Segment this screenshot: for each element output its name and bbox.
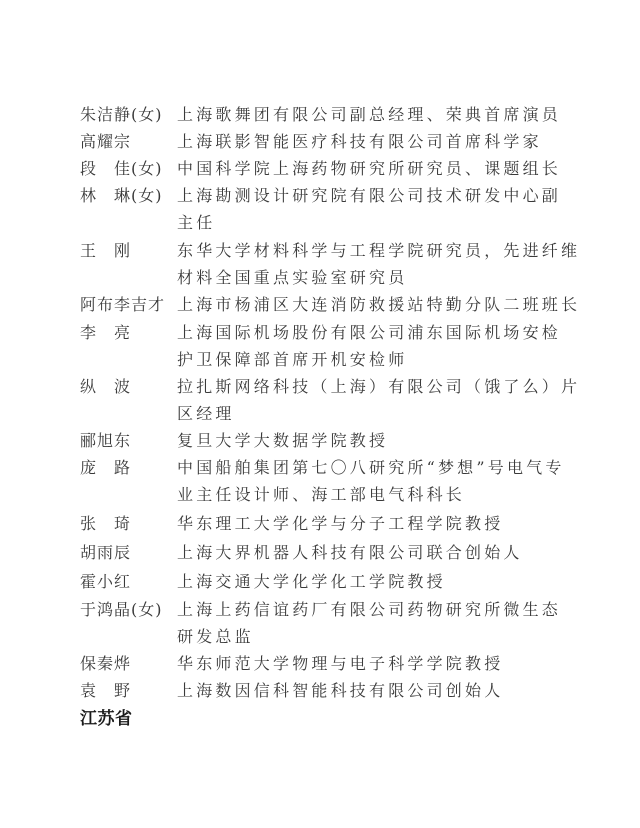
person-name: 段 佳(女) [80,155,176,182]
person-name: 霍小红 [80,568,176,595]
person-title: 上海联影智能医疗科技有限公司首席科学家 [177,128,542,155]
person-title: 上海大界机器人科技有限公司联合创始人 [177,539,523,566]
person-name: 庞 路 [80,454,176,481]
person-name: 袁 野 [80,677,176,704]
person-name: 郦旭东 [80,427,176,454]
person-title: 东华大学材料科学与工程学院研究员，先进纤维 [177,237,580,264]
person-title: 上海数因信科智能科技有限公司创始人 [177,677,503,704]
person-title: 华东理工大学化学与分子工程学院教授 [177,510,503,537]
person-name: 朱洁静(女) [80,101,176,128]
person-title-continued: 主任 [177,209,215,236]
person-name: 纵 波 [80,373,176,400]
person-title-continued: 护卫保障部首席开机安检师 [177,346,407,373]
person-name: 保秦烨 [80,650,176,677]
document-page: 朱洁静(女) 上海歌舞团有限公司副总经理、荣典首席演员 高耀宗 上海联影智能医疗… [0,0,640,828]
person-name: 于鸿晶(女) [80,596,176,623]
person-name: 高耀宗 [80,128,176,155]
person-title: 上海市杨浦区大连消防救援站特勤分队二班班长 [177,291,580,318]
person-title: 中国船舶集团第七〇八研究所“梦想”号电气专 [177,454,565,481]
person-title: 复旦大学大数据学院教授 [177,427,388,454]
person-title-continued: 材料全国重点实验室研究员 [177,264,407,291]
person-title: 上海交通大学化学化工学院教授 [177,568,446,595]
person-title-continued: 区经理 [177,400,235,427]
person-title-continued: 业主任设计师、海工部电气科科长 [177,481,465,508]
person-title-continued: 研发总监 [177,623,254,650]
person-name: 林 琳(女) [80,182,176,209]
person-title: 上海勘测设计研究院有限公司技术研发中心副 [177,182,561,209]
person-name: 王 刚 [80,237,176,264]
person-title: 中国科学院上海药物研究所研究员、课题组长 [177,155,561,182]
person-name: 张 琦 [80,510,176,537]
person-title: 上海国际机场股份有限公司浦东国际机场安检 [177,319,561,346]
section-heading: 江苏省 [80,706,133,733]
person-name: 胡雨辰 [80,539,176,566]
person-title: 拉扎斯网络科技（上海）有限公司（饿了么）片 [177,373,580,400]
person-title: 华东师范大学物理与电子科学学院教授 [177,650,503,677]
person-title: 上海上药信谊药厂有限公司药物研究所微生态 [177,596,561,623]
person-title: 上海歌舞团有限公司副总经理、荣典首席演员 [177,101,561,128]
person-name: 阿布李吉才 [80,291,176,318]
person-name: 李 亮 [80,319,176,346]
